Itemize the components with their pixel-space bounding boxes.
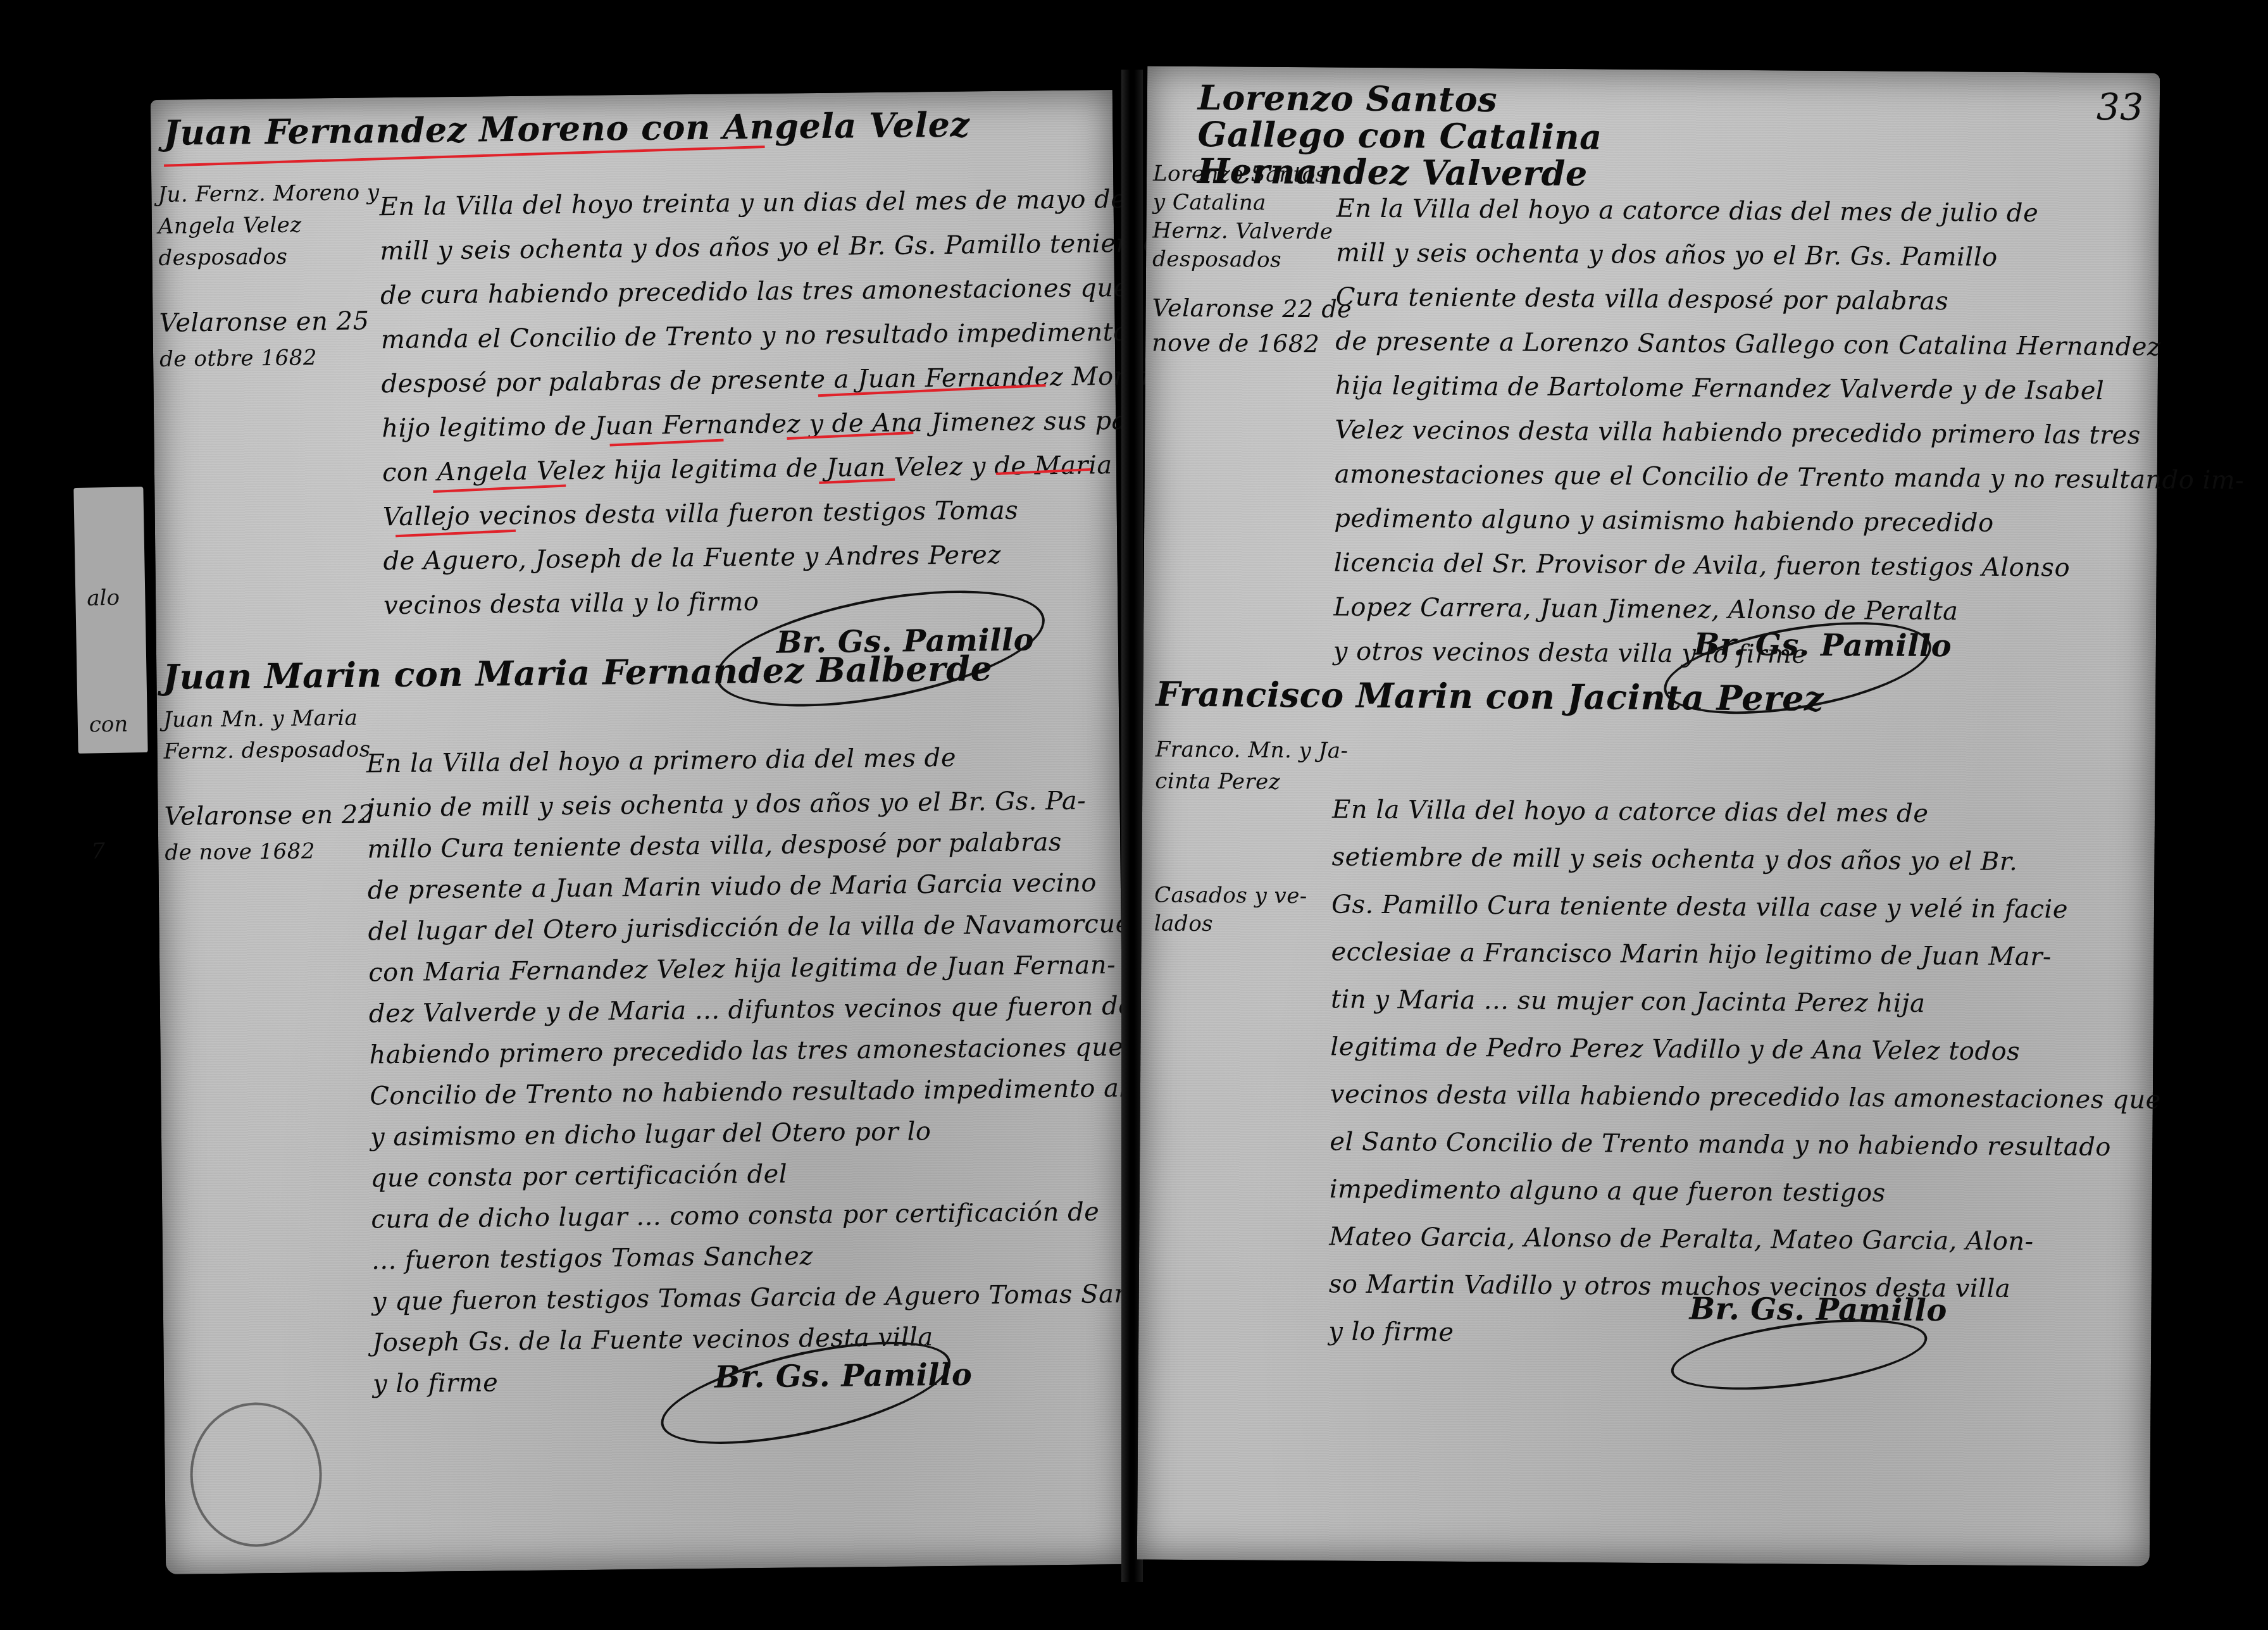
text-line: Vallejo vecinos desta villa fueron testi… bbox=[383, 496, 1019, 532]
margin-note: Franco. Mn. y Ja- bbox=[1156, 737, 1349, 764]
left-page: Juan Fernandez Moreno con Angela Velez J… bbox=[151, 90, 1128, 1574]
text-line: y que fueron testigos Tomas Garcia de Ag… bbox=[372, 1279, 1191, 1317]
text-line: que consta por certificación del bbox=[370, 1160, 787, 1193]
margin-note: de otbre 1682 bbox=[159, 345, 317, 372]
side-tab-text-2: con bbox=[89, 708, 147, 741]
text-line: Cura teniente desta villa desposé por pa… bbox=[1336, 283, 1949, 316]
text-line: de cura habiendo precedido las tres amon… bbox=[380, 273, 1129, 310]
text-line: dez Valverde y de Maria ... difuntos vec… bbox=[369, 990, 1237, 1028]
side-tab-text-1: alo bbox=[87, 582, 146, 614]
text-line: vecinos desta villa y lo firmo bbox=[383, 587, 759, 620]
text-line: el Santo Concilio de Trento manda y no h… bbox=[1330, 1127, 2111, 1162]
text-line: de presente a Lorenzo Santos Gallego con… bbox=[1335, 327, 2161, 362]
text-line: de Aguero, Joseph de la Fuente y Andres … bbox=[383, 540, 1001, 576]
text-line: amonestaciones que el Concilio de Trento… bbox=[1335, 460, 2245, 495]
text-line: En la Villa del hoyo a catorce dias del … bbox=[1336, 194, 2039, 228]
text-line: Concilio de Trento no habiendo resultado… bbox=[370, 1073, 1193, 1111]
text-line: del lugar del Otero jurisdicción de la v… bbox=[368, 909, 1179, 946]
text-line: habiendo primero precedido las tres amon… bbox=[369, 1031, 1252, 1070]
text-line: En la Villa del hoyo a primero dia del m… bbox=[366, 743, 957, 779]
margin-note: cinta Perez bbox=[1155, 769, 1280, 795]
margin-note: Ju. Fernz. Moreno y bbox=[158, 180, 380, 208]
margin-note: Lorenzo Santos bbox=[1153, 161, 1327, 188]
text-line: impedimento alguno a que fueron testigos bbox=[1330, 1174, 1886, 1207]
text-line: Mateo Garcia, Alonso de Peralta, Mateo G… bbox=[1329, 1222, 2034, 1256]
margin-note: Juan Mn. y Maria bbox=[163, 706, 358, 733]
text-line: mill y seis ochenta y dos años yo el Br.… bbox=[380, 228, 1159, 266]
margin-note: lados bbox=[1154, 911, 1214, 937]
margin-note: desposados bbox=[1152, 247, 1281, 273]
text-line: ... fueron testigos Tomas Sanchez bbox=[371, 1241, 813, 1275]
text-line: con Maria Fernandez Velez hija legitima … bbox=[368, 950, 1116, 987]
side-tab-slip: alo con 7 bbox=[73, 487, 147, 754]
text-line: Gs. Pamillo Cura teniente desta villa ca… bbox=[1331, 890, 2068, 924]
text-line: En la Villa del hoyo treinta y un dias d… bbox=[379, 185, 1126, 221]
text-line: junio de mill y seis ochenta y dos años … bbox=[366, 787, 1086, 823]
text-line: mill y seis ochenta y dos años yo el Br.… bbox=[1336, 239, 1998, 272]
text-line: de presente a Juan Marin viudo de Maria … bbox=[368, 868, 1097, 905]
text-line: desposé por palabras de presente a Juan … bbox=[381, 361, 1173, 399]
margin-note: Velaronse 22 de bbox=[1152, 294, 1352, 323]
text-line: con Angela Velez hija legitima de Juan V… bbox=[382, 451, 1112, 487]
text-line: y lo firme bbox=[1328, 1317, 1454, 1347]
text-line: hijo legitimo de Juan Fernandez y de Ana… bbox=[382, 406, 1185, 443]
margin-note: desposados bbox=[158, 244, 287, 271]
margin-note: y Catalina bbox=[1153, 190, 1266, 216]
text-line: En la Villa del hoyo a catorce dias del … bbox=[1332, 795, 1929, 829]
entry-title: Juan Fernandez Moreno con Angela Velez bbox=[163, 104, 970, 152]
text-line: millo Cura teniente desta villa, desposé… bbox=[367, 828, 1062, 864]
margin-note: de nove 1682 bbox=[165, 838, 315, 865]
margin-note: Fernz. desposados bbox=[163, 737, 370, 764]
right-page: 33 Lorenzo Santos Gallego con Catalina H… bbox=[1137, 66, 2160, 1566]
text-line: Velez vecinos desta villa habiendo prece… bbox=[1335, 416, 2141, 451]
margin-note: Velaronse en 22 bbox=[164, 800, 374, 831]
text-line: Lopez Carrera, Juan Jimenez, Alonso de P… bbox=[1333, 593, 1959, 626]
side-tab-text-3: 7 bbox=[91, 835, 150, 868]
text-line: cura de dicho lugar ... como consta por … bbox=[371, 1197, 1099, 1234]
text-line: tin y Maria ... su mujer con Jacinta Per… bbox=[1331, 985, 1926, 1019]
text-line: vecinos desta villa habiendo precedido l… bbox=[1330, 1079, 2161, 1114]
margin-note: Angela Velez bbox=[158, 213, 302, 239]
text-line: hija legitima de Bartolome Fernandez Val… bbox=[1335, 371, 2105, 406]
text-line: ecclesiae a Francisco Marin hijo legitim… bbox=[1331, 938, 2052, 972]
scanned-image: alo con 7 Juan Fernandez Moreno con Ange… bbox=[0, 0, 2268, 1630]
text-line: legitima de Pedro Perez Vadillo y de Ana… bbox=[1330, 1033, 2020, 1067]
margin-note: Casados y ve- bbox=[1154, 883, 1307, 909]
margin-note: Velaronse en 25 bbox=[159, 306, 369, 337]
text-line: licencia del Sr. Provisor de Avila, fuer… bbox=[1334, 549, 2071, 583]
margin-note: Hernz. Valverde bbox=[1152, 218, 1333, 245]
page-number: 33 bbox=[2097, 85, 2144, 129]
bleed-through-flourish bbox=[189, 1402, 322, 1547]
text-line: pedimento alguno y asimismo habiendo pre… bbox=[1334, 504, 1994, 538]
margin-note: nove de 1682 bbox=[1152, 329, 1319, 358]
entry-title: Francisco Marin con Jacinta Perez bbox=[1156, 674, 1824, 719]
text-line: y asimismo en dicho lugar del Otero por … bbox=[370, 1117, 931, 1152]
text-line: manda el Concilio de Trento y no resulta… bbox=[381, 318, 1129, 354]
text-line: y lo firme bbox=[373, 1368, 499, 1398]
text-line: setiembre de mill y seis ochenta y dos a… bbox=[1331, 843, 2017, 877]
